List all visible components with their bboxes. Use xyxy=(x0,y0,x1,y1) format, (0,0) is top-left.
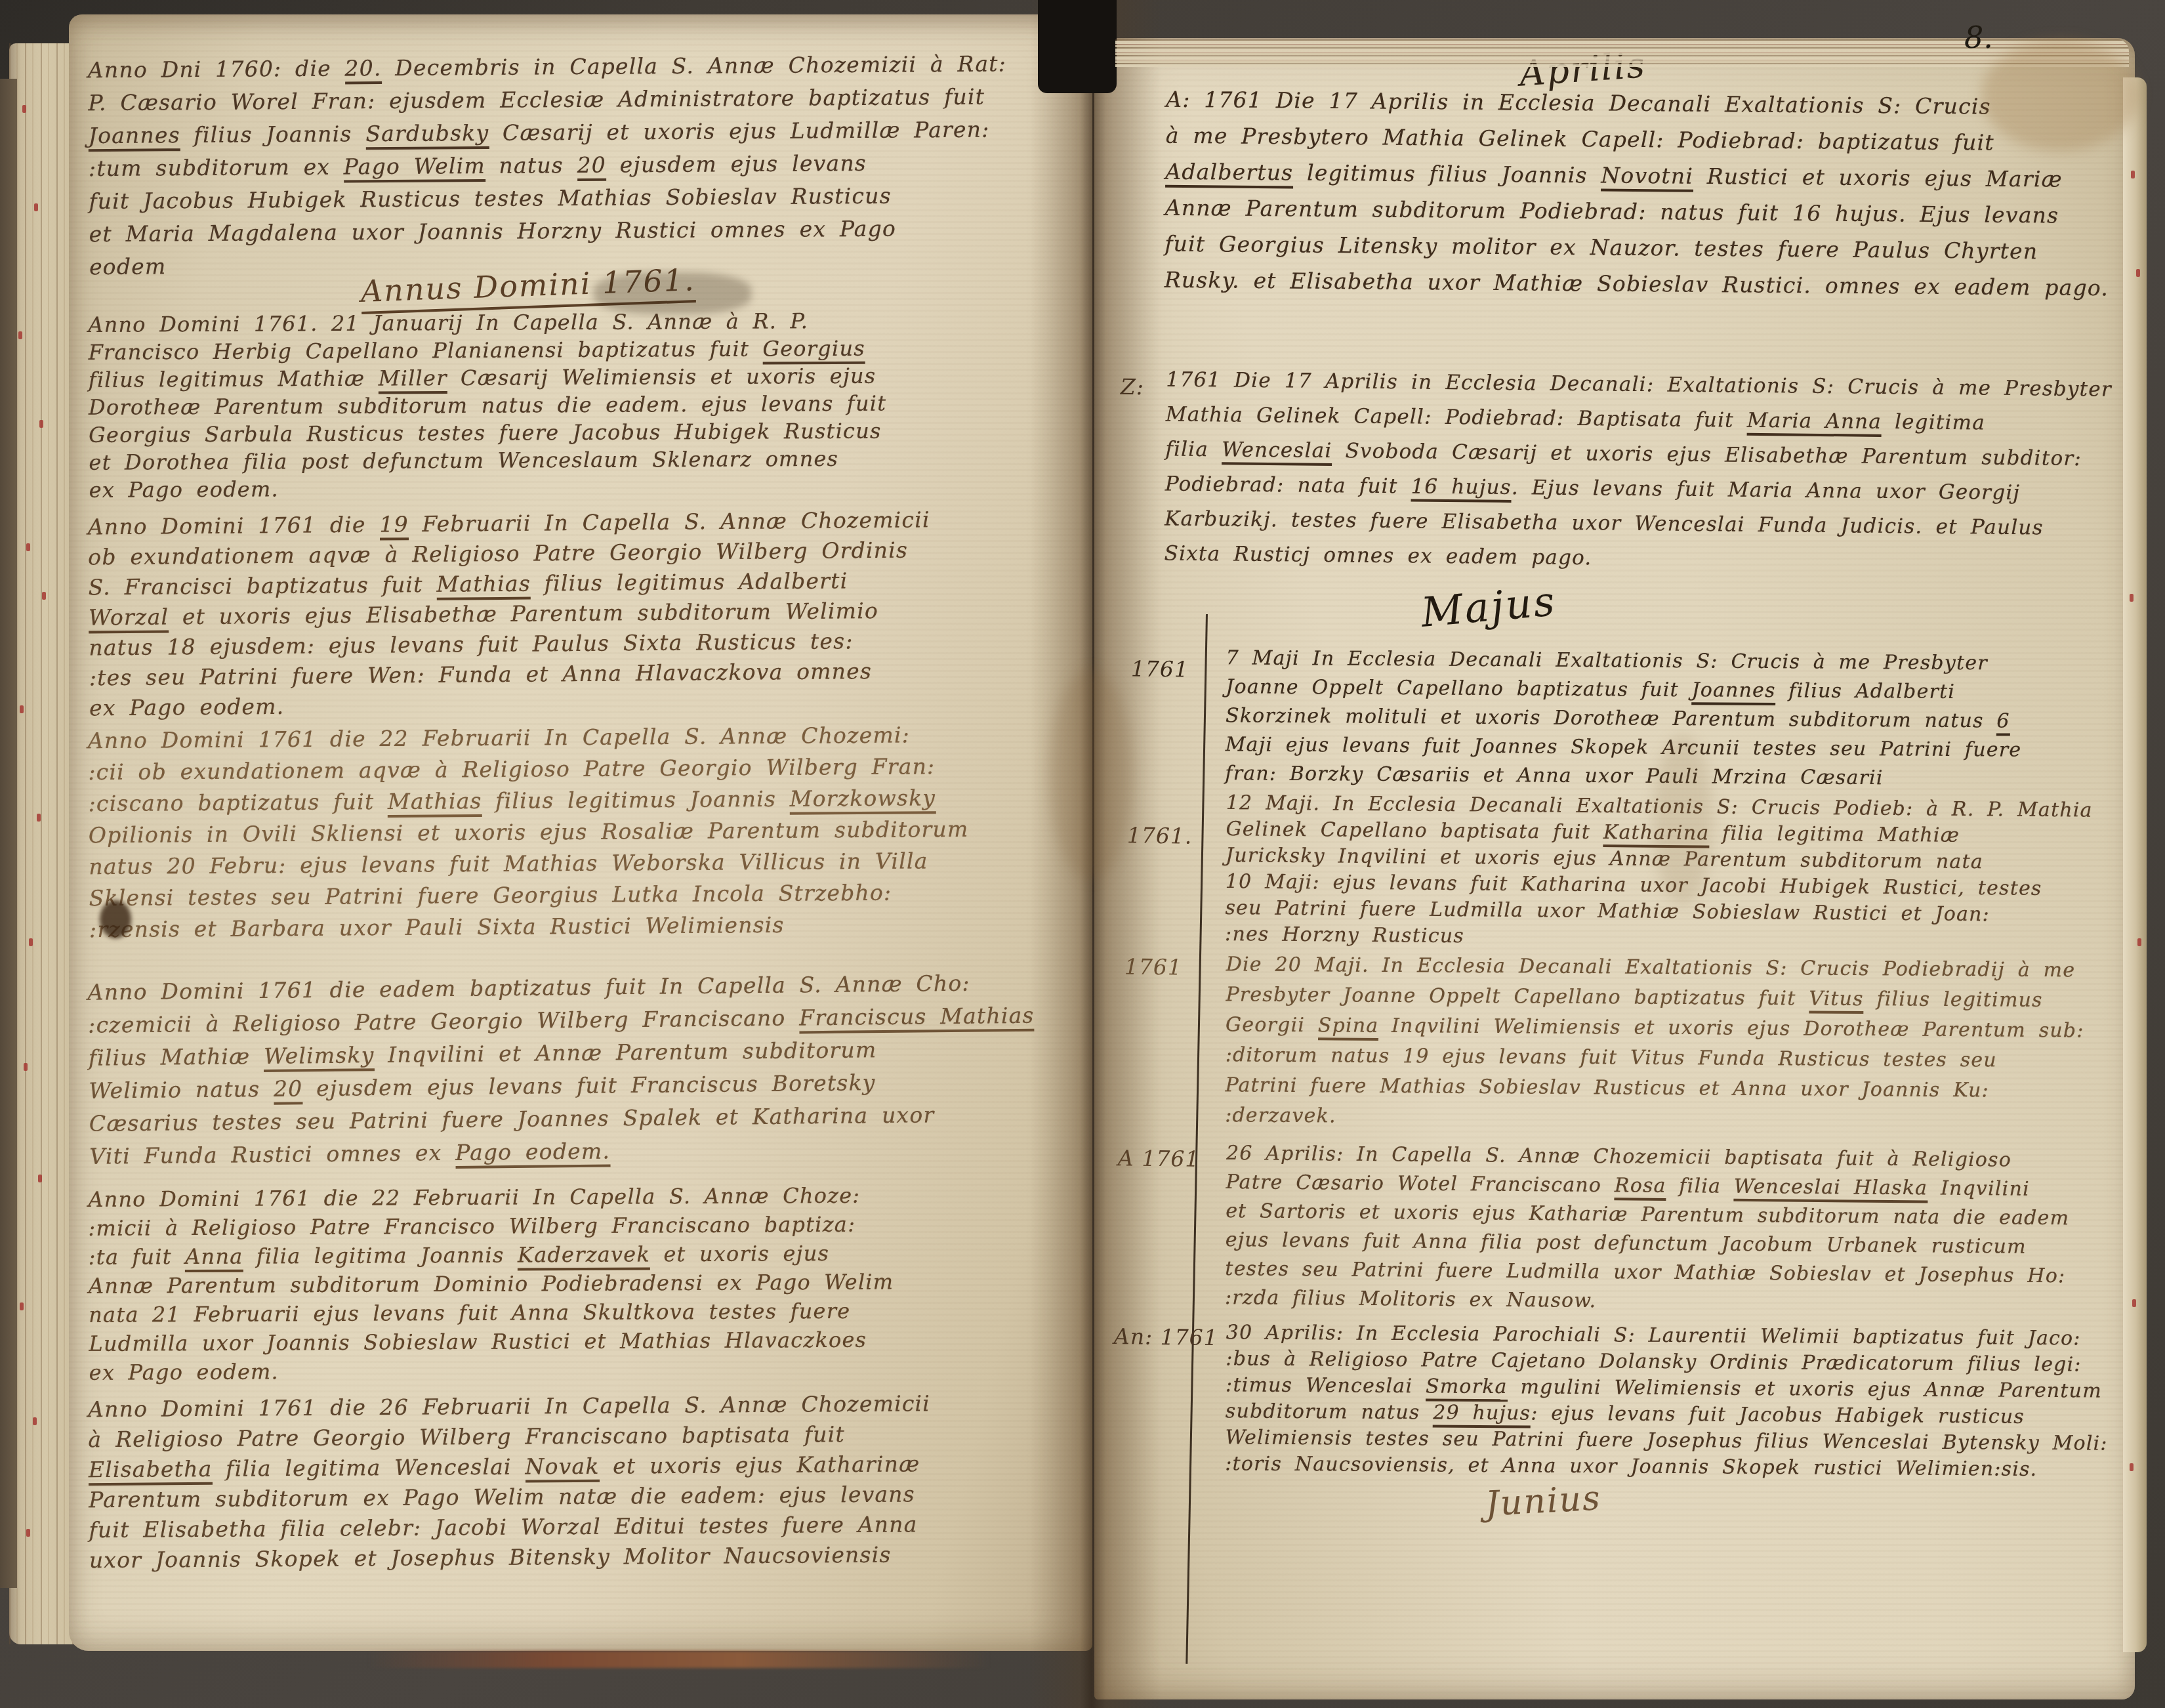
month-heading-may: Majus xyxy=(1419,577,1558,636)
book-cover-edge-left xyxy=(0,79,17,1588)
register-entry: Anno Domini 1761 die eadem baptizatus fu… xyxy=(87,966,1060,1173)
text-run: natus 20 Febru: ejus levans fuit Mathias… xyxy=(89,848,928,879)
text-run: Annæ Parentum subditorum Podiebrad: natu… xyxy=(1165,195,2059,228)
text-run: legitimus filius Joannis xyxy=(1293,159,1601,188)
text-run: Rustici et uxoris ejus Mariæ xyxy=(1693,163,2063,192)
underlined-name: Georgius xyxy=(762,336,865,365)
text-run: ex Pago eodem. xyxy=(89,694,284,721)
text-run: :rzensis et Barbara uxor Pauli Sixta Rus… xyxy=(89,912,785,942)
text-run: S. Francisci baptizatus fuit xyxy=(88,572,436,600)
text-run: :timus Wenceslai xyxy=(1226,1373,1426,1398)
text-run: Cæsarij Welimiensis et uxoris ejus xyxy=(447,364,876,390)
left-page: Annus Domini 1761. Anno Dni 1760: die 20… xyxy=(69,14,1092,1651)
text-run: Sklensi testes seu Patrini fuere Georgiu… xyxy=(89,880,892,911)
underlined-name: Kaderzavek xyxy=(518,1241,650,1270)
text-run: Welimio natus xyxy=(89,1076,274,1104)
book-fore-edge-right xyxy=(2123,77,2147,1652)
underlined-name: Franciscus Mathias xyxy=(799,1003,1035,1034)
text-run: fuit Georgius Litensky molitor ex Nauzor… xyxy=(1165,231,2038,264)
text-run: filia xyxy=(1165,437,1222,461)
text-run: ex Pago eodem. xyxy=(89,1359,279,1385)
text-run: fran: Borzky Cæsariis et Anna uxor Pauli… xyxy=(1225,762,1884,789)
text-run: Viti Funda Rustici omnes ex xyxy=(89,1140,455,1169)
edge-speckle xyxy=(33,1417,37,1425)
text-run: Presbyter Joanne Oppelt Capellano baptiz… xyxy=(1226,983,1809,1010)
edge-speckle xyxy=(26,543,30,551)
text-run: filia legitima Wenceslai xyxy=(212,1454,525,1482)
spine-gap xyxy=(1038,0,1117,93)
text-run: :bus à Religioso Patre Cajetano Dolansky… xyxy=(1226,1347,2081,1376)
text-run: Mathia Gelinek Capell: Podiebrad: Baptis… xyxy=(1166,402,1747,432)
text-run: et Dorothea filia post defunctum Wencesl… xyxy=(89,446,838,475)
text-run: Inqvilini Welimiensis et uxoris ejus Dor… xyxy=(1378,1014,2084,1043)
text-run: filius legitimus Mathiæ xyxy=(89,366,379,392)
entry-line: :rzensis et Barbara uxor Pauli Sixta Rus… xyxy=(89,907,1060,946)
text-run: Cæsarij et uxoris ejus Ludmillæ Paren: xyxy=(489,117,990,146)
underlined-name: 29 hujus xyxy=(1433,1401,1531,1428)
text-run: Anno Dni 1760: die xyxy=(88,55,345,83)
underlined-name: Anna xyxy=(185,1244,243,1272)
underlined-name: 20 xyxy=(274,1075,303,1104)
edge-speckle xyxy=(2137,938,2141,946)
underlined-name: Wenceslai Hlaska xyxy=(1734,1175,1928,1203)
underlined-name: Maria Anna xyxy=(1747,409,1882,437)
edge-speckle xyxy=(34,203,38,211)
underlined-name: Katharina xyxy=(1603,821,1710,848)
register-entry: Anno Dni 1760: die 20. Decembris in Cape… xyxy=(88,47,1060,283)
entry-line: Anno Domini 1761 die 22 Februarii In Cap… xyxy=(88,1180,1059,1214)
text-run: filius Joannis xyxy=(180,121,366,148)
entry-line: :toris Naucsoviensis, et Anna uxor Joann… xyxy=(1225,1451,2117,1483)
underlined-name: Miller xyxy=(379,365,447,394)
text-run: Anno Domini 1761 die 22 Februarii In Cap… xyxy=(88,722,910,753)
book-fore-edge-left xyxy=(9,43,75,1644)
text-run: Juricksky Inqvilini et uxoris ejus Annæ … xyxy=(1226,844,1983,873)
register-entry: Anno Domini 1761 die 26 Februarii In Cap… xyxy=(88,1388,1060,1575)
text-run: Welimiensis testes seu Patrini fuere Jos… xyxy=(1225,1426,2107,1455)
underlined-name: Adalbertus xyxy=(1165,159,1293,189)
underlined-name: Mathias xyxy=(388,788,482,818)
text-run: legitima xyxy=(1882,410,1985,435)
entry-line: ex Pago eodem. xyxy=(89,1353,1060,1387)
text-run: :cii ob exundationem aqvæ à Religioso Pa… xyxy=(88,753,935,785)
text-run: Skorzinek molituli et uxoris Dorotheæ Pa… xyxy=(1226,704,1997,732)
text-run: Francisco Herbig Capellano Planianensi b… xyxy=(88,336,762,364)
text-run: :ciscano baptizatus fuit xyxy=(89,789,388,816)
manuscript-photo: Annus Domini 1761. Anno Dni 1760: die 20… xyxy=(0,0,2165,1708)
text-run: filia legitima Mathiæ xyxy=(1709,822,1960,846)
text-run: Podiebrad: nata fuit xyxy=(1165,472,1411,498)
text-run: 30 Aprilis: In Ecclesia Parochiali S: La… xyxy=(1226,1321,2081,1350)
margin-rule-line xyxy=(1186,614,1208,1664)
cover-sliver-bottom xyxy=(367,1651,991,1668)
edge-speckle xyxy=(2130,594,2134,602)
text-run: filius legitimus Adalberti xyxy=(531,568,848,596)
underlined-name: Spina xyxy=(1318,1014,1379,1041)
register-entry: 12 Maji. In Ecclesia Decanali Exaltation… xyxy=(1225,790,2118,955)
edge-speckle xyxy=(37,814,41,822)
entry-line: ex Pago eodem. xyxy=(89,471,1060,504)
text-run: filius legitimus xyxy=(1864,988,2043,1012)
text-run: Anno Domini 1761 die 22 Februarii In Cap… xyxy=(88,1183,860,1212)
text-run: 1761 Die 17 Aprilis in Ecclesia Decanali… xyxy=(1166,367,2112,401)
underlined-name: 20. xyxy=(344,55,381,84)
text-run: :tum subditorum ex xyxy=(89,154,344,181)
edge-speckle xyxy=(18,331,22,339)
text-run: ex Pago eodem. xyxy=(89,476,279,503)
text-run: Georgii xyxy=(1226,1013,1318,1037)
text-run: :nes Horzny Rusticus xyxy=(1225,923,1464,948)
register-entry: Anno Domini 1761. 21 Januarij In Capella… xyxy=(88,306,1060,504)
underlined-name: Wenceslai xyxy=(1222,438,1332,466)
entry-line: Joannes filius Joannis Sardubsky Cæsarij… xyxy=(88,113,1059,152)
underlined-name: Rosa xyxy=(1615,1174,1666,1201)
underlined-name: Mathias xyxy=(436,571,531,600)
text-run: Dorotheæ Parentum subditorum natus die e… xyxy=(89,391,886,420)
edge-speckle xyxy=(29,938,33,946)
entry-line: eodem xyxy=(89,244,1060,283)
text-run: Georgius Sarbula Rusticus testes fuere J… xyxy=(89,419,882,448)
text-run: Inqvilini et Annæ Parentum subditorum xyxy=(374,1037,876,1068)
edge-speckle xyxy=(20,705,24,713)
register-entry: 7 Maji In Ecclesia Decanali Exaltationis… xyxy=(1225,644,2118,794)
underlined-name: Welimsky xyxy=(264,1042,375,1072)
text-run: et Maria Magdalena uxor Joannis Horzny R… xyxy=(89,216,897,247)
edge-speckle xyxy=(42,592,46,600)
text-run: et uxoris ejus xyxy=(650,1241,829,1266)
text-run: Annæ Parentum subditorum Dominio Podiebr… xyxy=(89,1269,894,1298)
register-entry: Anno Domini 1761 die 22 Februarii In Cap… xyxy=(88,1180,1060,1387)
margin-year: 1761. xyxy=(1127,822,1193,848)
text-run: à Religioso Patre Georgio Wilberg Franci… xyxy=(88,1421,845,1452)
entry-line: :ta fuit Anna filia legitima Joannis Kad… xyxy=(89,1238,1060,1272)
text-run: subditorum natus xyxy=(1226,1400,1433,1424)
underlined-name: Elisabetha xyxy=(89,1456,213,1486)
text-run: natus 18 ejusdem: ejus levans fuit Paulu… xyxy=(89,628,854,660)
text-run: ejusdem ejus levans fuit Franciscus Bore… xyxy=(302,1070,876,1101)
text-run: Februarii In Capella S. Annæ Chozemicii xyxy=(409,507,930,537)
entry-line: Annæ Parentum subditorum Dominio Podiebr… xyxy=(89,1266,1060,1301)
edge-speckle xyxy=(26,1529,30,1537)
text-run: Svoboda Cæsarij et uxoris ejus Elisabeth… xyxy=(1332,439,2082,470)
text-run: 7 Maji In Ecclesia Decanali Exaltationis… xyxy=(1226,646,1988,675)
entry-line: Rusky. et Elisabetha uxor Mathiæ Sobiesl… xyxy=(1165,262,2109,306)
entry-line: nata 21 Februarii ejus levans fuit Anna … xyxy=(89,1295,1060,1329)
text-run: Decembris in Capella S. Annæ Chozemizii … xyxy=(381,51,1006,81)
edge-speckle xyxy=(2131,171,2135,178)
underlined-name: Joannes xyxy=(1691,678,1775,705)
margin-year: 1761 xyxy=(1124,953,1183,980)
entry-line: Ludmilla uxor Joannis Sobieslaw Rustici … xyxy=(89,1324,1060,1358)
edge-speckle xyxy=(2132,1299,2136,1307)
text-run: :tes seu Patrini fuere Wen: Funda et Ann… xyxy=(89,658,873,690)
text-run: uxor Joannis Skopek et Josephus Bitensky… xyxy=(89,1542,892,1573)
text-run: filia legitima Joannis xyxy=(243,1242,518,1268)
text-run: Patrini fuere Mathias Sobieslav Rusticus… xyxy=(1225,1073,1989,1102)
right-page: Aprilis Majus Junius A: 1761 Die 17 Apri… xyxy=(1094,38,2135,1699)
edge-speckle xyxy=(2130,1463,2134,1471)
underlined-name: Novak xyxy=(525,1453,599,1483)
underlined-name: Joannes xyxy=(89,122,180,152)
text-run: filius Adalberti xyxy=(1776,679,1956,703)
text-run: mgulini Welimiensis et uxoris ejus Annæ … xyxy=(1508,1375,2102,1402)
text-run: P. Cæsario Worel Fran: ejusdem Ecclesiæ … xyxy=(88,84,985,116)
register-entry: Die 20 Maji. In Ecclesia Decanali Exalta… xyxy=(1225,949,2118,1136)
margin-year: Z: xyxy=(1121,374,1145,400)
month-heading-june: Junius xyxy=(1485,1478,1603,1524)
text-run: Anno Domini 1761 die xyxy=(88,512,380,540)
text-run: Anno Domini 1761 die 26 Februarii In Cap… xyxy=(88,1390,930,1422)
text-run: Anno Domini 1761. 21 Januarij In Capella… xyxy=(88,308,808,337)
text-run: filius legitimus Joannis xyxy=(482,786,789,814)
text-run: 26 Aprilis: In Capella S. Annæ Chozemici… xyxy=(1226,1142,2011,1171)
text-run: et uxoris ejus Elisabethæ Parentum subdi… xyxy=(169,598,878,629)
text-run: ejusdem ejus levans xyxy=(606,150,867,178)
underlined-name: Morzkowsky xyxy=(790,785,936,815)
edge-speckle xyxy=(38,1175,42,1182)
underlined-name: Vitus xyxy=(1809,987,1864,1014)
text-run: Die 20 Maji. In Ecclesia Decanali Exalta… xyxy=(1226,953,2076,982)
margin-year: 1761 xyxy=(1131,656,1189,682)
edge-speckle xyxy=(2136,269,2140,277)
entry-line: :micii à Religioso Patre Francisco Wilbe… xyxy=(88,1209,1059,1243)
text-run: Opilionis in Ovili Skliensi et uxoris ej… xyxy=(89,816,969,848)
text-run: Inqvilini xyxy=(1928,1177,2030,1200)
text-run: Karbuzikj. testes fuere Elisabetha uxor … xyxy=(1165,507,2044,539)
text-run: :ta fuit xyxy=(89,1244,186,1270)
page-stack-lines xyxy=(9,43,75,1644)
underlined-name: 16 hujus xyxy=(1411,474,1512,503)
text-run: à me Presbytero Mathia Gelinek Capell: P… xyxy=(1166,123,1994,156)
text-run: Cæsarius testes seu Patrini fuere Joanne… xyxy=(89,1102,935,1136)
text-run: :rzda filius Molitoris ex Nausow. xyxy=(1225,1286,1597,1312)
underlined-name: Worzal xyxy=(89,604,169,633)
text-run: Parentum subditorum ex Pago Welim natæ d… xyxy=(89,1481,915,1512)
underlined-name: 6 xyxy=(1996,709,2010,736)
text-run: Sixta Rusticj omnes ex eadem pago. xyxy=(1164,541,1592,570)
underlined-name: Novotni xyxy=(1601,163,1693,192)
text-run: ejus levans fuit Anna filia post defunct… xyxy=(1226,1228,2027,1259)
text-run: Ludmilla uxor Joannis Sobieslaw Rustici … xyxy=(89,1327,867,1356)
underlined-name: Smorka xyxy=(1426,1375,1508,1402)
text-run: filia xyxy=(1666,1175,1735,1198)
text-run: natus xyxy=(485,152,577,178)
text-run: Joanne Oppelt Capellano baptizatus fuit xyxy=(1226,675,1691,701)
edge-speckle xyxy=(39,420,43,428)
register-entry: Anno Domini 1761 die 19 Februarii In Cap… xyxy=(88,504,1061,724)
text-run: Gelinek Capellano baptisata fuit xyxy=(1226,818,1603,844)
underlined-name: Pago Welim xyxy=(344,153,485,183)
text-run: . Ejus levans fuit Maria Anna uxor Georg… xyxy=(1512,476,2021,505)
page-number: 8. xyxy=(1964,20,1993,55)
register-entry: A: 1761 Die 17 Aprilis in Ecclesia Decan… xyxy=(1165,81,2111,306)
text-run: Rusky. et Elisabetha uxor Mathiæ Sobiesl… xyxy=(1165,267,2109,301)
text-run: eodem xyxy=(89,253,167,280)
text-run: :derzavek. xyxy=(1225,1104,1336,1127)
underlined-name: Sardubsky xyxy=(365,120,489,150)
text-run: fuit Elisabetha filia celebr: Jacobi Wor… xyxy=(89,1511,917,1543)
register-entry: 26 Aprilis: In Capella S. Annæ Chozemici… xyxy=(1225,1139,2118,1320)
text-run: filius Mathiæ xyxy=(89,1043,264,1071)
text-run: fuit Jacobus Hubigek Rusticus testes Mat… xyxy=(89,183,892,215)
text-run: :czemicii à Religioso Patre Georgio Wilb… xyxy=(88,1005,799,1037)
text-run: nata 21 Februarii ejus levans fuit Anna … xyxy=(89,1299,850,1327)
text-run: et Sartoris et uxoris ejus Kathariæ Pare… xyxy=(1226,1199,2069,1230)
text-run: testes seu Patrini fuere Ludmilla uxor M… xyxy=(1225,1257,2065,1287)
text-run: :micii à Religioso Patre Francisco Wilbe… xyxy=(88,1212,856,1241)
edge-speckle xyxy=(22,105,26,113)
edge-speckle xyxy=(20,1302,24,1310)
text-run: :ditorum natus 19 ejus levans fuit Vitus… xyxy=(1226,1043,1997,1072)
text-run: Anno Domini 1761 die eadem baptizatus fu… xyxy=(88,970,970,1005)
entry-line: :derzavek. xyxy=(1225,1100,2117,1136)
margin-year: A 1761 xyxy=(1118,1145,1200,1172)
register-entry: Anno Domini 1761 die 22 Februarii In Cap… xyxy=(88,719,1060,946)
underlined-name: 19 xyxy=(379,511,409,540)
underlined-name: Pago eodem. xyxy=(455,1138,610,1168)
margin-year: An: 1761 xyxy=(1114,1323,1218,1350)
text-run: ob exundationem aqvæ à Religioso Patre G… xyxy=(88,537,908,570)
entry-line: Patrini fuere Mathias Sobieslav Rusticus… xyxy=(1225,1070,2117,1106)
text-run: seu Patrini fuere Ludmilla uxor Mathiæ S… xyxy=(1225,896,1990,926)
text-run: : ejus levans fuit Jacobus Habigek rusti… xyxy=(1531,1402,2025,1428)
underlined-name: 20 xyxy=(577,152,606,181)
register-entry: 30 Aprilis: In Ecclesia Parochiali S: La… xyxy=(1225,1320,2118,1483)
text-run: :toris Naucsoviensis, et Anna uxor Joann… xyxy=(1225,1452,2037,1481)
text-run: et uxoris ejus Katharinæ xyxy=(599,1451,920,1478)
text-run: Maji ejus levans fuit Joannes Skopek Arc… xyxy=(1226,733,2022,761)
text-run: A: 1761 Die 17 Aprilis in Ecclesia Decan… xyxy=(1166,87,1991,119)
register-entry: 1761 Die 17 Aprilis in Ecclesia Decanali… xyxy=(1164,362,2111,581)
entry-line: uxor Joannis Skopek et Josephus Bitensky… xyxy=(89,1539,1060,1575)
edge-speckle xyxy=(24,1063,28,1071)
text-run: Patre Cæsario Wotel Franciscano xyxy=(1226,1171,1615,1197)
